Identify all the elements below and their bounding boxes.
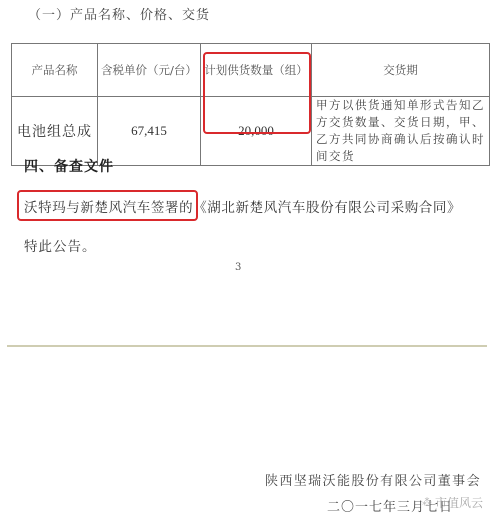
page-separator <box>7 345 487 347</box>
header-delivery: 交货期 <box>312 44 490 97</box>
wechat-icon: ⁂ <box>422 497 432 508</box>
watermark: ⁂ 市值风云 <box>422 494 483 511</box>
page-number: 3 <box>235 262 241 273</box>
cell-delivery: 甲方以供货通知单形式告知乙方交货数量、交货日期，甲、乙方共同协商确认后按确认时间… <box>312 97 490 166</box>
watermark-text: 市值风云 <box>435 494 483 511</box>
highlight-box-signatory <box>17 190 198 221</box>
highlight-box-quantity <box>203 52 311 134</box>
signer: 陕西坚瑞沃能股份有限公司董事会 <box>265 470 481 489</box>
section-heading: （一）产品名称、价格、交货 <box>28 4 210 23</box>
header-product-name: 产品名称 <box>12 44 98 97</box>
header-unit-price: 含税单价（元/台） <box>98 44 201 97</box>
section4-heading: 四、备查文件 <box>24 156 114 176</box>
reference-contract-title: 《湖北新楚风汽车股份有限公司采购合同》 <box>193 200 461 216</box>
closing-statement: 特此公告。 <box>24 235 97 255</box>
